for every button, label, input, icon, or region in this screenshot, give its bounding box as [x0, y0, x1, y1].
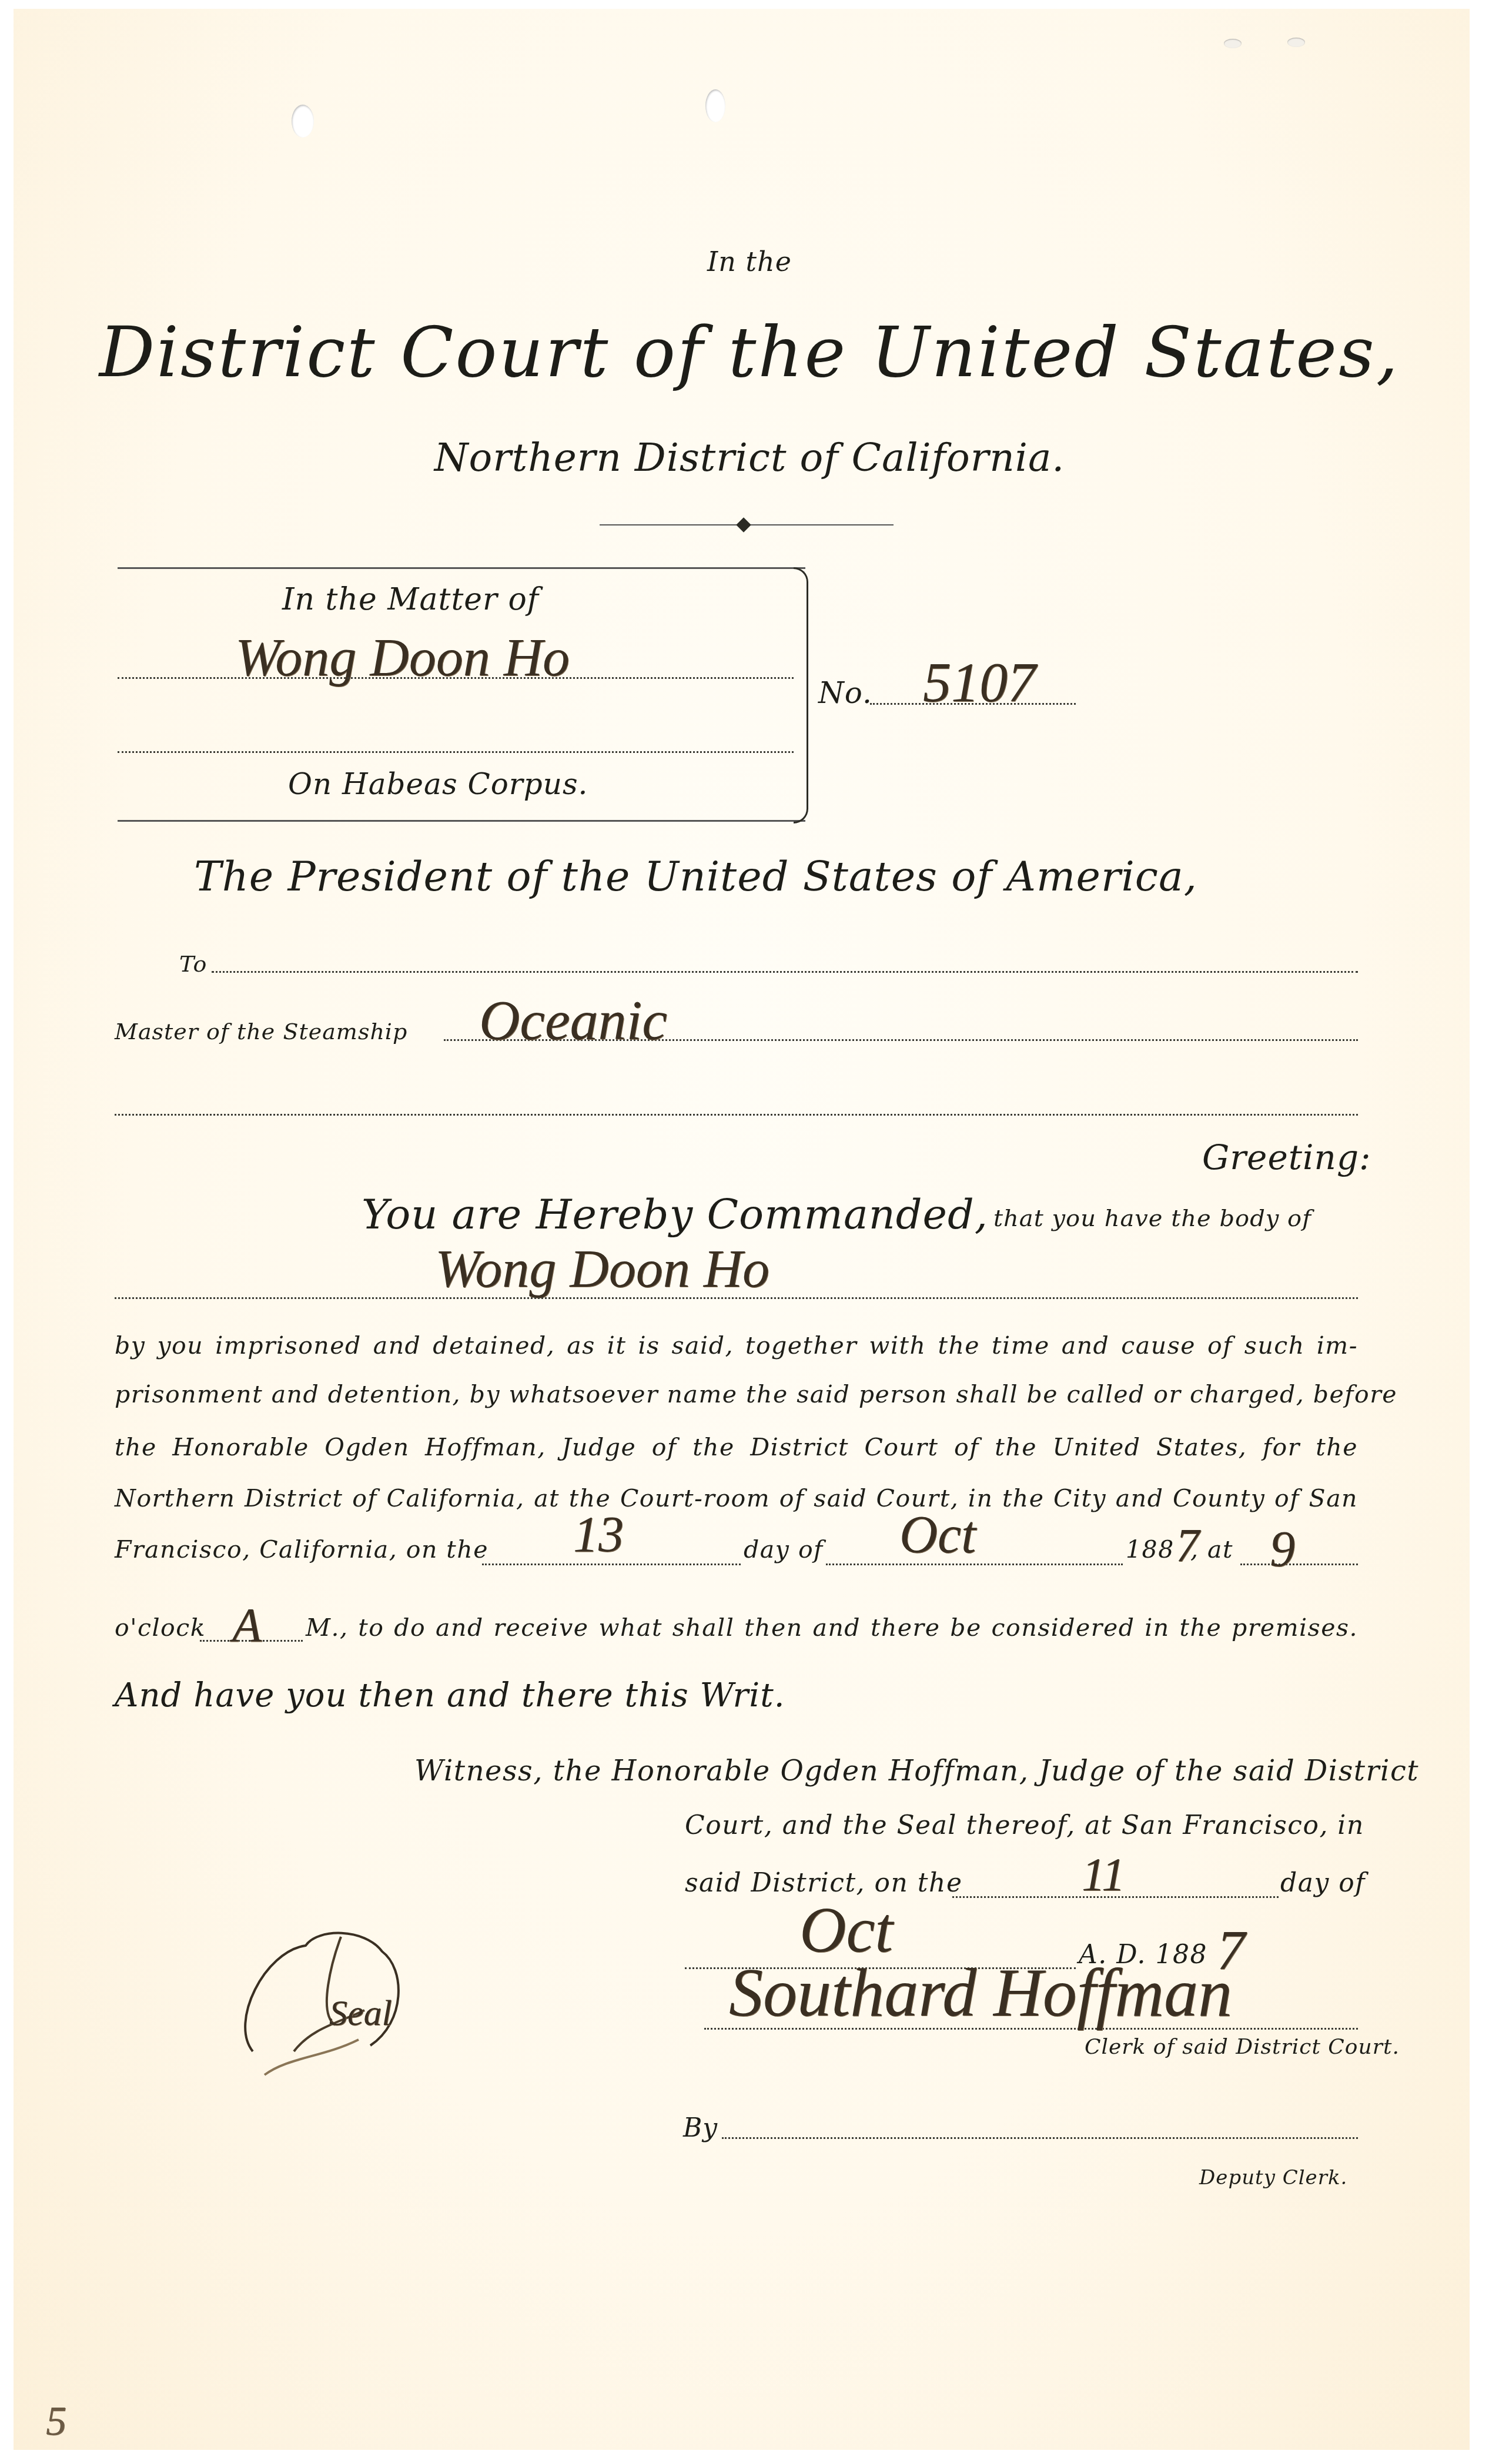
meridiem[interactable]: A	[232, 1598, 262, 1653]
deputy-line	[722, 2137, 1358, 2139]
body-line-1: by you imprisoned and detained, as it is…	[115, 1331, 1358, 1360]
body-line-3: the Honorable Ogden Hoffman, Judge of th…	[115, 1433, 1358, 1461]
by-label: By	[683, 2113, 718, 2143]
punch-hole	[292, 105, 314, 138]
detainee-name[interactable]: Wong Doon Ho	[435, 1237, 769, 1300]
steamship-name[interactable]: Oceanic	[479, 987, 667, 1053]
detainee-line	[115, 1297, 1358, 1299]
matter-box-top-rule	[118, 567, 805, 569]
body-line-4: Northern District of California, at the …	[115, 1484, 1358, 1512]
witness-day[interactable]: 11	[1082, 1849, 1125, 1902]
command-lead: You are Hereby Commanded,	[362, 1190, 988, 1238]
witness-line-1: Witness, the Honorable Ogden Hoffman, Ju…	[414, 1755, 1419, 1787]
greeting: Greeting:	[1202, 1137, 1371, 1177]
time-line-suffix: M., to do and receive what shall then an…	[306, 1613, 1358, 1642]
address-extra-line	[115, 1114, 1358, 1116]
year-prefix: 188	[1126, 1535, 1175, 1564]
seal-mark: Seal	[229, 1904, 417, 2081]
hearing-day[interactable]: 13	[573, 1505, 624, 1564]
case-number[interactable]: 5107	[923, 650, 1036, 715]
closing-line: And have you then and there this Writ.	[115, 1676, 785, 1715]
header-preamble: In the	[0, 246, 1499, 277]
matter-label: In the Matter of	[282, 582, 539, 617]
hearing-month[interactable]: Oct	[899, 1505, 976, 1565]
at-label: , at	[1190, 1535, 1233, 1564]
clerk-signature[interactable]: Southard Hoffman	[729, 1954, 1232, 2033]
address-heading: The President of the United States of Am…	[194, 852, 1197, 900]
district-name: Northern District of California.	[0, 435, 1499, 480]
ornament-divider	[600, 522, 894, 528]
margin-page-note: 5	[46, 2398, 66, 2445]
petitioner-name[interactable]: Wong Doon Ho	[235, 626, 570, 688]
petitioner-line	[118, 677, 794, 679]
hearing-day-line	[482, 1564, 741, 1565]
proceeding-label: On Habeas Corpus.	[288, 767, 588, 801]
hearing-hour[interactable]: 9	[1270, 1519, 1295, 1578]
body-line-2: prisonment and detention, by whatsoever …	[115, 1380, 1358, 1408]
master-label: Master of the Steamship	[115, 1019, 407, 1044]
court-title: District Court of the United States,	[0, 312, 1499, 393]
witness-day-of-label: day of	[1280, 1868, 1357, 1898]
to-label: To	[179, 951, 207, 977]
petitioner-line-2	[118, 751, 794, 753]
time-line-prefix: o'clock	[115, 1613, 206, 1642]
day-of-label: day of	[744, 1535, 824, 1564]
clerk-title: Clerk of said District Court.	[1085, 2035, 1400, 2059]
to-line	[212, 971, 1358, 973]
command-lead-tail: that you have the body of	[993, 1205, 1311, 1232]
punch-hole-partial	[1287, 38, 1305, 47]
seal-label: Seal	[329, 1993, 392, 2034]
date-line-prefix: Francisco, California, on the	[115, 1535, 488, 1564]
witness-line-2: Court, and the Seal thereof, at San Fran…	[685, 1810, 1358, 1840]
deputy-title: Deputy Clerk.	[1199, 2166, 1347, 2190]
case-number-label: No.	[818, 676, 872, 710]
punch-hole-partial	[1224, 39, 1242, 48]
matter-box-bottom-rule	[118, 820, 805, 822]
punch-hole	[705, 89, 725, 122]
hearing-hour-line	[1240, 1564, 1358, 1565]
matter-box-bracket	[794, 567, 808, 823]
